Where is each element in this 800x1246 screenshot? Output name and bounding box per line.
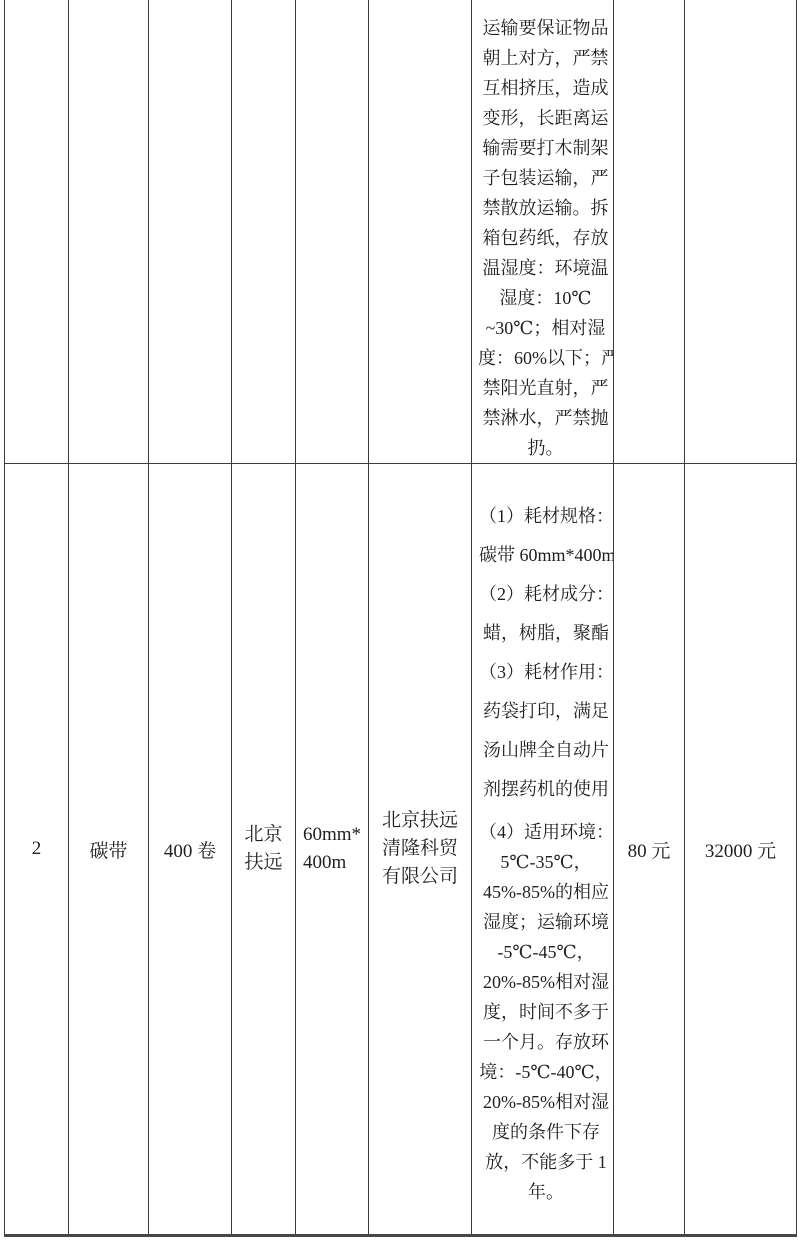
cell-brand-empty [232, 0, 296, 464]
description-paragraph-2: （2）耗材成分： 蜡，树脂，聚酯 [479, 575, 613, 653]
cell-description: （1）耗材规格： 碳带 60mm*400m （2）耗材成分： 蜡，树脂，聚酯 （… [472, 464, 614, 1236]
cell-quantity: 400 卷 [149, 464, 232, 1236]
document-page: 运输要保证物品 朝上对方，严禁 互相挤压，造成 变形，长距离运 输需要打木制架 … [0, 0, 800, 1246]
cell-unit-price: 80 元 [614, 464, 685, 1236]
cell-total-price-empty [685, 0, 797, 464]
cell-supplier: 北京扶远 清隆科贸 有限公司 [369, 464, 472, 1236]
cell-spec-empty [296, 0, 369, 464]
description-paragraph-4: （4）适用环境： 5℃-35℃， 45%-85%的相应 湿度；运输环境 -5℃-… [479, 817, 613, 1207]
total-price-text: 32000 元 [705, 841, 776, 862]
description-continuation-text: 运输要保证物品 朝上对方，严禁 互相挤压，造成 变形，长距离运 输需要打木制架 … [472, 1, 613, 463]
description-paragraph-3: （3）耗材作用： 药袋打印，满足 汤山牌全自动片 剂摆药机的使用 [479, 653, 613, 809]
cell-item-name-empty [69, 0, 149, 464]
cell-item-name: 碳带 [69, 464, 149, 1236]
item-name-text: 碳带 [89, 841, 127, 862]
cell-total-price: 32000 元 [685, 464, 797, 1236]
cell-row-number-empty [5, 0, 69, 464]
table-row-2: 2 碳带 400 卷 北京 扶远 60mm* 400m 北京扶远 清隆科贸 有限… [5, 464, 797, 1236]
row-number-text: 2 [32, 838, 42, 859]
cell-quantity-empty [149, 0, 232, 464]
cell-spec: 60mm* 400m [296, 464, 369, 1236]
unit-price-text: 80 元 [628, 841, 671, 862]
description-paragraph-1: （1）耗材规格： 碳带 60mm*400m [479, 497, 613, 575]
cell-unit-price-empty [614, 0, 685, 464]
description-block: （1）耗材规格： 碳带 60mm*400m （2）耗材成分： 蜡，树脂，聚酯 （… [472, 492, 613, 1207]
procurement-table: 运输要保证物品 朝上对方，严禁 互相挤压，造成 变形，长距离运 输需要打木制架 … [4, 0, 797, 1237]
quantity-text: 400 卷 [164, 841, 216, 862]
spec-text: 60mm* 400m [303, 821, 361, 877]
table-row-continuation: 运输要保证物品 朝上对方，严禁 互相挤压，造成 变形，长距离运 输需要打木制架 … [5, 0, 797, 464]
cell-supplier-empty [369, 0, 472, 464]
cell-brand: 北京 扶远 [232, 464, 296, 1236]
cell-row-number: 2 [5, 464, 69, 1236]
supplier-text: 北京扶远 清隆科贸 有限公司 [382, 807, 458, 891]
cell-description-continuation: 运输要保证物品 朝上对方，严禁 互相挤压，造成 变形，长距离运 输需要打木制架 … [472, 0, 614, 464]
brand-text: 北京 扶远 [244, 821, 282, 877]
